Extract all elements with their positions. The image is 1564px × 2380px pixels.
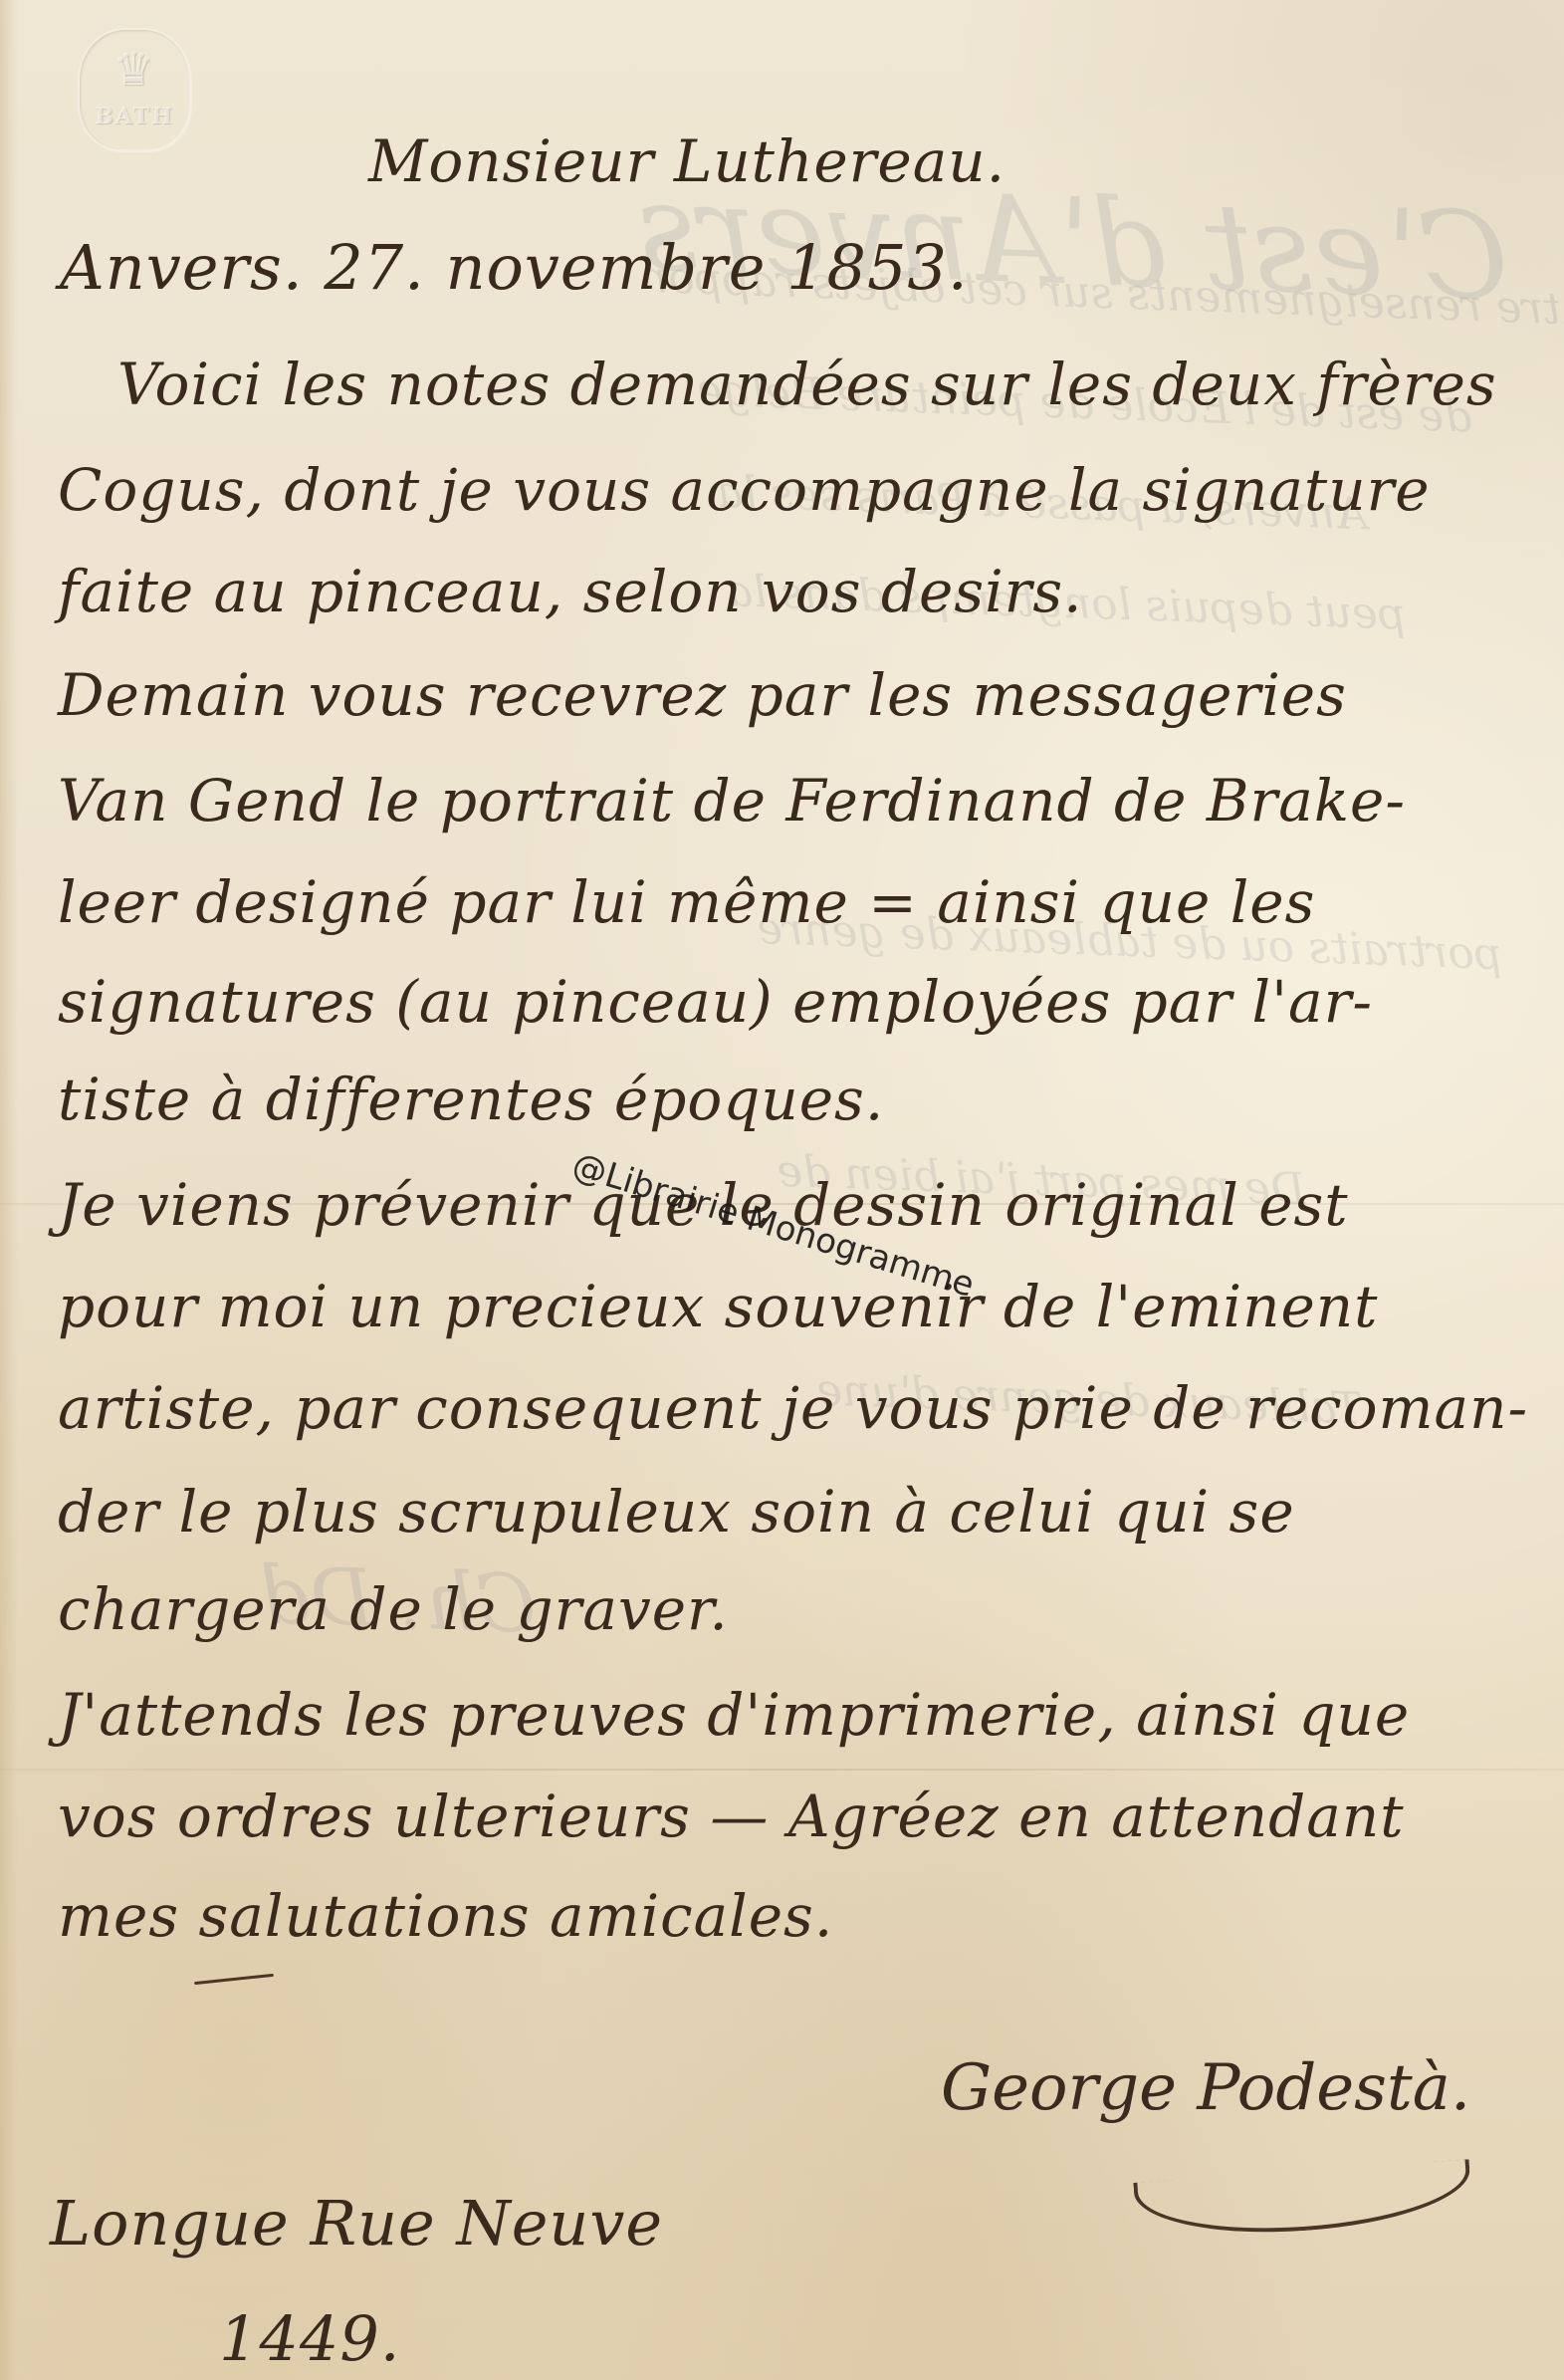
addressee: Monsieur Luthereau. — [368, 127, 1005, 195]
letter-body-line: der le plus scrupuleux soin à celui qui … — [58, 1478, 1295, 1546]
place-date: Anvers. 27. novembre 1853. — [60, 231, 969, 304]
letter-body-line: pour moi un precieux souvenir de l'emine… — [58, 1273, 1378, 1340]
emboss-text: BATH — [80, 104, 189, 129]
letter-body-line: vos ordres ulterieurs — Agréez en attend… — [58, 1783, 1405, 1850]
letter-body-line: Cogus, dont je vous accompagne la signat… — [58, 456, 1431, 524]
sender-address-number: 1449. — [219, 2302, 401, 2375]
letter-body-line: faite au pinceau, selon vos desirs. — [58, 558, 1083, 625]
paper-edge-stain — [0, 0, 18, 2380]
letter-body-line: mes salutations amicales. — [58, 1882, 833, 1950]
crown-icon: ♛ — [102, 42, 165, 98]
letter-body-line: Van Gend le portrait de Ferdinand de Bra… — [58, 767, 1406, 834]
letter-body-line: signatures (au pinceau) employées par l'… — [58, 968, 1373, 1036]
sender-address-street: Longue Rue Neuve — [50, 2187, 663, 2260]
letter-body-line: tiste à differentes époques. — [58, 1066, 884, 1133]
letter-body-line: J'attends les preuves d'imprimerie, ains… — [58, 1681, 1410, 1749]
paper-fold-line — [0, 1769, 1564, 1771]
letter-body-line: Voici les notes demandées sur les deux f… — [117, 351, 1497, 418]
signature: George Podestà. — [941, 2051, 1470, 2125]
letter-body-line: artiste, par consequent je vous prie de … — [58, 1374, 1528, 1442]
letter-body-line: Demain vous recevrez par les messageries — [58, 661, 1347, 729]
letter-body-line: chargera de le graver. — [58, 1575, 729, 1643]
embossed-bath-stamp: ♛ BATH — [78, 28, 191, 151]
letter-body-line: leer designé par lui même = ainsi que le… — [58, 868, 1315, 936]
